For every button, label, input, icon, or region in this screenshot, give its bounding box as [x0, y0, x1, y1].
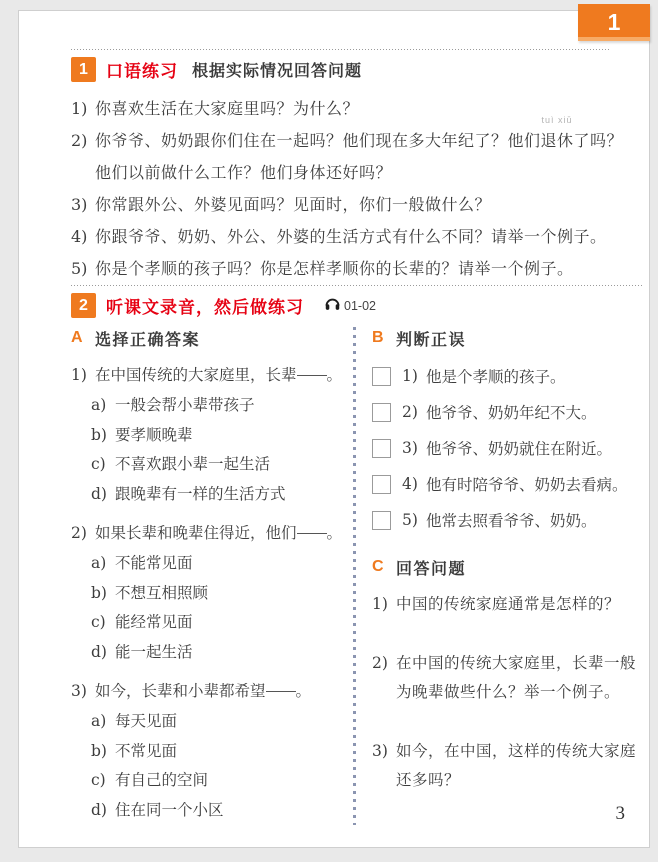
question-number: 4) [71, 221, 95, 253]
item-text: 他常去照看爷爷、奶奶。 [426, 509, 597, 531]
item-number: 5) [402, 511, 426, 529]
stem-tail: 。 [296, 682, 312, 700]
option-row: d)能一起生活 [91, 638, 347, 668]
column-divider-dotted [353, 327, 356, 825]
part-c-block: C 回答问题 1) 中国的传统家庭通常是怎样的？ 2) 在中国的传统大家庭里，长… [372, 554, 639, 795]
stem-text: 在中国传统的大家庭里，长辈。 [95, 359, 342, 391]
option-row: a)一般会帮小辈带孩子 [91, 391, 347, 421]
section2-header: 2 听课文录音，然后做练习 01-02 [71, 292, 639, 319]
option-label: c) [91, 766, 115, 796]
multiple-choice-question: 2) 如果长辈和晚辈住得近，他们。 a)不能常见面 b)不想互相照顾 c)能经常… [71, 517, 347, 667]
headphones-icon [324, 295, 341, 317]
question-row: 5) 你是个孝顺的孩子吗？你是怎样孝顺你的长辈的？请举一个例子。 [71, 253, 639, 285]
question-text: 你是个孝顺的孩子吗？你是怎样孝顺你的长辈的？请举一个例子。 [95, 253, 574, 285]
page-number: 3 [616, 803, 626, 825]
open-question-list: 1) 中国的传统家庭通常是怎样的？ 2) 在中国的传统大家庭里，长辈一般为晚辈做… [372, 590, 639, 795]
question-number: 1) [71, 359, 95, 391]
part-b-title: 判断正误 [396, 327, 466, 350]
option-label: a) [91, 391, 115, 421]
stem-text: 如今，长辈和小辈都希望。 [95, 675, 311, 707]
item-text: 他是个孝顺的孩子。 [426, 365, 566, 387]
section1-subtitle: 根据实际情况回答问题 [192, 58, 362, 81]
option-text: 能一起生活 [115, 638, 193, 668]
option-label: b) [91, 421, 115, 451]
option-label: a) [91, 549, 115, 579]
question-number: 2) [71, 125, 95, 157]
question-row: 3) 你常跟外公、外婆见面吗？见面时，你们一般做什么？ [71, 189, 639, 221]
question-number-spacer [71, 157, 95, 189]
part-b-c-column: B 判断正误 1) 他是个孝顺的孩子。 2) 他爷爷、奶奶年纪不大。 [372, 325, 639, 825]
question-stem: 1) 在中国传统的大家庭里，长辈。 [71, 359, 347, 391]
question-text: 如今，在中国，这样的传统大家庭还多吗？ [396, 737, 639, 795]
question-text: 中国的传统家庭通常是怎样的？ [396, 590, 639, 619]
open-question: 2) 在中国的传统大家庭里，长辈一般为晚辈做些什么？举一个例子。 [372, 649, 639, 707]
section2-top-divider [71, 285, 643, 286]
item-number: 3) [402, 439, 426, 457]
multiple-choice-question: 1) 在中国传统的大家庭里，长辈。 a)一般会帮小辈带孩子 b)要孝顺晚辈 c)… [71, 359, 347, 509]
option-text: 每天见面 [115, 707, 177, 737]
true-false-item: 2) 他爷爷、奶奶年纪不大。 [372, 394, 639, 430]
answer-blank [297, 375, 327, 376]
question-text: 他们以前做什么工作？他们身体还好吗？ [95, 157, 392, 189]
true-false-list: 1) 他是个孝顺的孩子。 2) 他爷爷、奶奶年纪不大。 3) 他爷爷、奶奶就住在… [372, 358, 639, 538]
item-text: 他有时陪爷爷、奶奶去看病。 [426, 473, 628, 495]
section1-header: 1 口语练习 根据实际情况回答问题 [71, 56, 639, 83]
question-text-segment: 了吗？ [574, 131, 624, 150]
option-label: c) [91, 450, 115, 480]
option-text: 不喜欢跟小辈一起生活 [115, 450, 270, 480]
option-row: b)要孝顺晚辈 [91, 421, 347, 451]
option-row: c)不喜欢跟小辈一起生活 [91, 450, 347, 480]
question-number: 2) [71, 517, 95, 549]
question-text: 你常跟外公、外婆见面吗？见面时，你们一般做什么？ [95, 189, 491, 221]
option-label: b) [91, 737, 115, 767]
option-label: d) [91, 796, 115, 826]
checkbox[interactable] [372, 439, 391, 458]
option-label: c) [91, 608, 115, 638]
answer-blank [266, 691, 296, 692]
option-text: 能经常见面 [115, 608, 193, 638]
part-c-header: C 回答问题 [372, 554, 639, 580]
part-b-header: B 判断正误 [372, 325, 639, 351]
option-row: a)不能常见面 [91, 549, 347, 579]
stem-text-segment: 如今，长辈和小辈都希望 [95, 682, 266, 700]
option-label: b) [91, 579, 115, 609]
section1-title: 口语练习 [106, 57, 178, 82]
option-label: d) [91, 638, 115, 668]
option-text: 不常见面 [115, 737, 177, 767]
option-text: 要孝顺晚辈 [115, 421, 193, 451]
option-text: 跟晚辈有一样的生活方式 [115, 480, 286, 510]
question-number: 1) [372, 590, 396, 619]
page-content: 1 口语练习 根据实际情况回答问题 1) 你喜欢生活在大家庭里吗？为什么？ 2)… [71, 11, 639, 825]
item-number: 2) [402, 403, 426, 421]
part-c-letter: C [372, 558, 396, 576]
exercise-columns: A 选择正确答案 1) 在中国传统的大家庭里，长辈。 a)一般会帮小辈带孩子 b… [71, 325, 639, 825]
item-number: 4) [402, 475, 426, 493]
question-number: 2) [372, 649, 396, 707]
question-text-segment: 你爷爷、奶奶跟你们住在一起吗？他们现在多大年纪了？他们 [95, 131, 541, 150]
true-false-item: 3) 他爷爷、奶奶就住在附近。 [372, 430, 639, 466]
part-a-letter: A [71, 329, 95, 347]
multiple-choice-question: 3) 如今，长辈和小辈都希望。 a)每天见面 b)不常见面 c)有自己的空间 d… [71, 675, 347, 825]
option-text: 不能常见面 [115, 549, 193, 579]
option-text: 有自己的空间 [115, 766, 208, 796]
stem-tail: 。 [327, 524, 343, 542]
true-false-item: 1) 他是个孝顺的孩子。 [372, 358, 639, 394]
section1-badge: 1 [71, 57, 96, 82]
question-number: 3) [71, 675, 95, 707]
option-row: d)住在同一个小区 [91, 796, 347, 826]
option-row: a)每天见面 [91, 707, 347, 737]
answer-blank [297, 533, 327, 534]
part-a-header: A 选择正确答案 [71, 325, 347, 351]
option-row: d)跟晚辈有一样的生活方式 [91, 480, 347, 510]
open-question: 3) 如今，在中国，这样的传统大家庭还多吗？ [372, 737, 639, 795]
checkbox[interactable] [372, 367, 391, 386]
part-b-letter: B [372, 329, 396, 347]
option-row: c)能经常见面 [91, 608, 347, 638]
section1-questions: 1) 你喜欢生活在大家庭里吗？为什么？ 2) 你爷爷、奶奶跟你们住在一起吗？他们… [71, 93, 639, 285]
question-number: 1) [71, 93, 95, 125]
section1-top-divider [71, 49, 609, 50]
stem-text: 如果长辈和晚辈住得近，他们。 [95, 517, 342, 549]
option-label: a) [91, 707, 115, 737]
question-text: 在中国的传统大家庭里，长辈一般为晚辈做些什么？举一个例子。 [396, 649, 639, 707]
option-text: 一般会帮小辈带孩子 [115, 391, 255, 421]
option-row: b)不常见面 [91, 737, 347, 767]
question-number: 5) [71, 253, 95, 285]
option-row: c)有自己的空间 [91, 766, 347, 796]
question-row: 4) 你跟爷爷、奶奶、外公、外婆的生活方式有什么不同？请举一个例子。 [71, 221, 639, 253]
part-c-title: 回答问题 [396, 556, 466, 579]
question-number: 3) [71, 189, 95, 221]
section2-title: 听课文录音，然后做练习 [106, 293, 304, 318]
part-a-column: A 选择正确答案 1) 在中国传统的大家庭里，长辈。 a)一般会帮小辈带孩子 b… [71, 325, 347, 825]
option-text: 不想互相照顾 [115, 579, 208, 609]
checkbox[interactable] [372, 511, 391, 530]
true-false-item: 5) 他常去照看爷爷、奶奶。 [372, 502, 639, 538]
stem-text-segment: 在中国传统的大家庭里，长辈 [95, 366, 297, 384]
question-text: 你喜欢生活在大家庭里吗？为什么？ [95, 93, 359, 125]
item-number: 1) [402, 367, 426, 385]
question-row: 2) 你爷爷、奶奶跟你们住在一起吗？他们现在多大年纪了？他们tuì xiū退休了… [71, 125, 639, 157]
textbook-page: 1 1 口语练习 根据实际情况回答问题 1) 你喜欢生活在大家庭里吗？为什么？ … [18, 10, 650, 848]
option-label: d) [91, 480, 115, 510]
true-false-item: 4) 他有时陪爷爷、奶奶去看病。 [372, 466, 639, 502]
option-row: b)不想互相照顾 [91, 579, 347, 609]
annotated-word: 退休 [541, 131, 574, 150]
question-row-continuation: 他们以前做什么工作？他们身体还好吗？ [71, 157, 639, 189]
stem-tail: 。 [327, 366, 343, 384]
question-stem: 3) 如今，长辈和小辈都希望。 [71, 675, 347, 707]
question-number: 3) [372, 737, 396, 795]
item-text: 他爷爷、奶奶就住在附近。 [426, 437, 612, 459]
item-text: 他爷爷、奶奶年纪不大。 [426, 401, 597, 423]
option-text: 住在同一个小区 [115, 796, 224, 826]
question-text: 你跟爷爷、奶奶、外公、外婆的生活方式有什么不同？请举一个例子。 [95, 221, 607, 253]
ruby-word: tuì xiū退休 [541, 125, 574, 157]
section2-badge: 2 [71, 293, 96, 318]
part-a-title: 选择正确答案 [95, 327, 200, 350]
audio-track-label: 01-02 [344, 299, 376, 313]
stem-text-segment: 如果长辈和晚辈住得近，他们 [95, 524, 297, 542]
checkbox[interactable] [372, 475, 391, 494]
question-text: 你爷爷、奶奶跟你们住在一起吗？他们现在多大年纪了？他们tuì xiū退休了吗？ [95, 125, 623, 157]
open-question: 1) 中国的传统家庭通常是怎样的？ [372, 590, 639, 619]
pinyin-annotation: tuì xiū [541, 116, 574, 125]
question-stem: 2) 如果长辈和晚辈住得近，他们。 [71, 517, 347, 549]
checkbox[interactable] [372, 403, 391, 422]
audio-reference: 01-02 [324, 295, 376, 317]
